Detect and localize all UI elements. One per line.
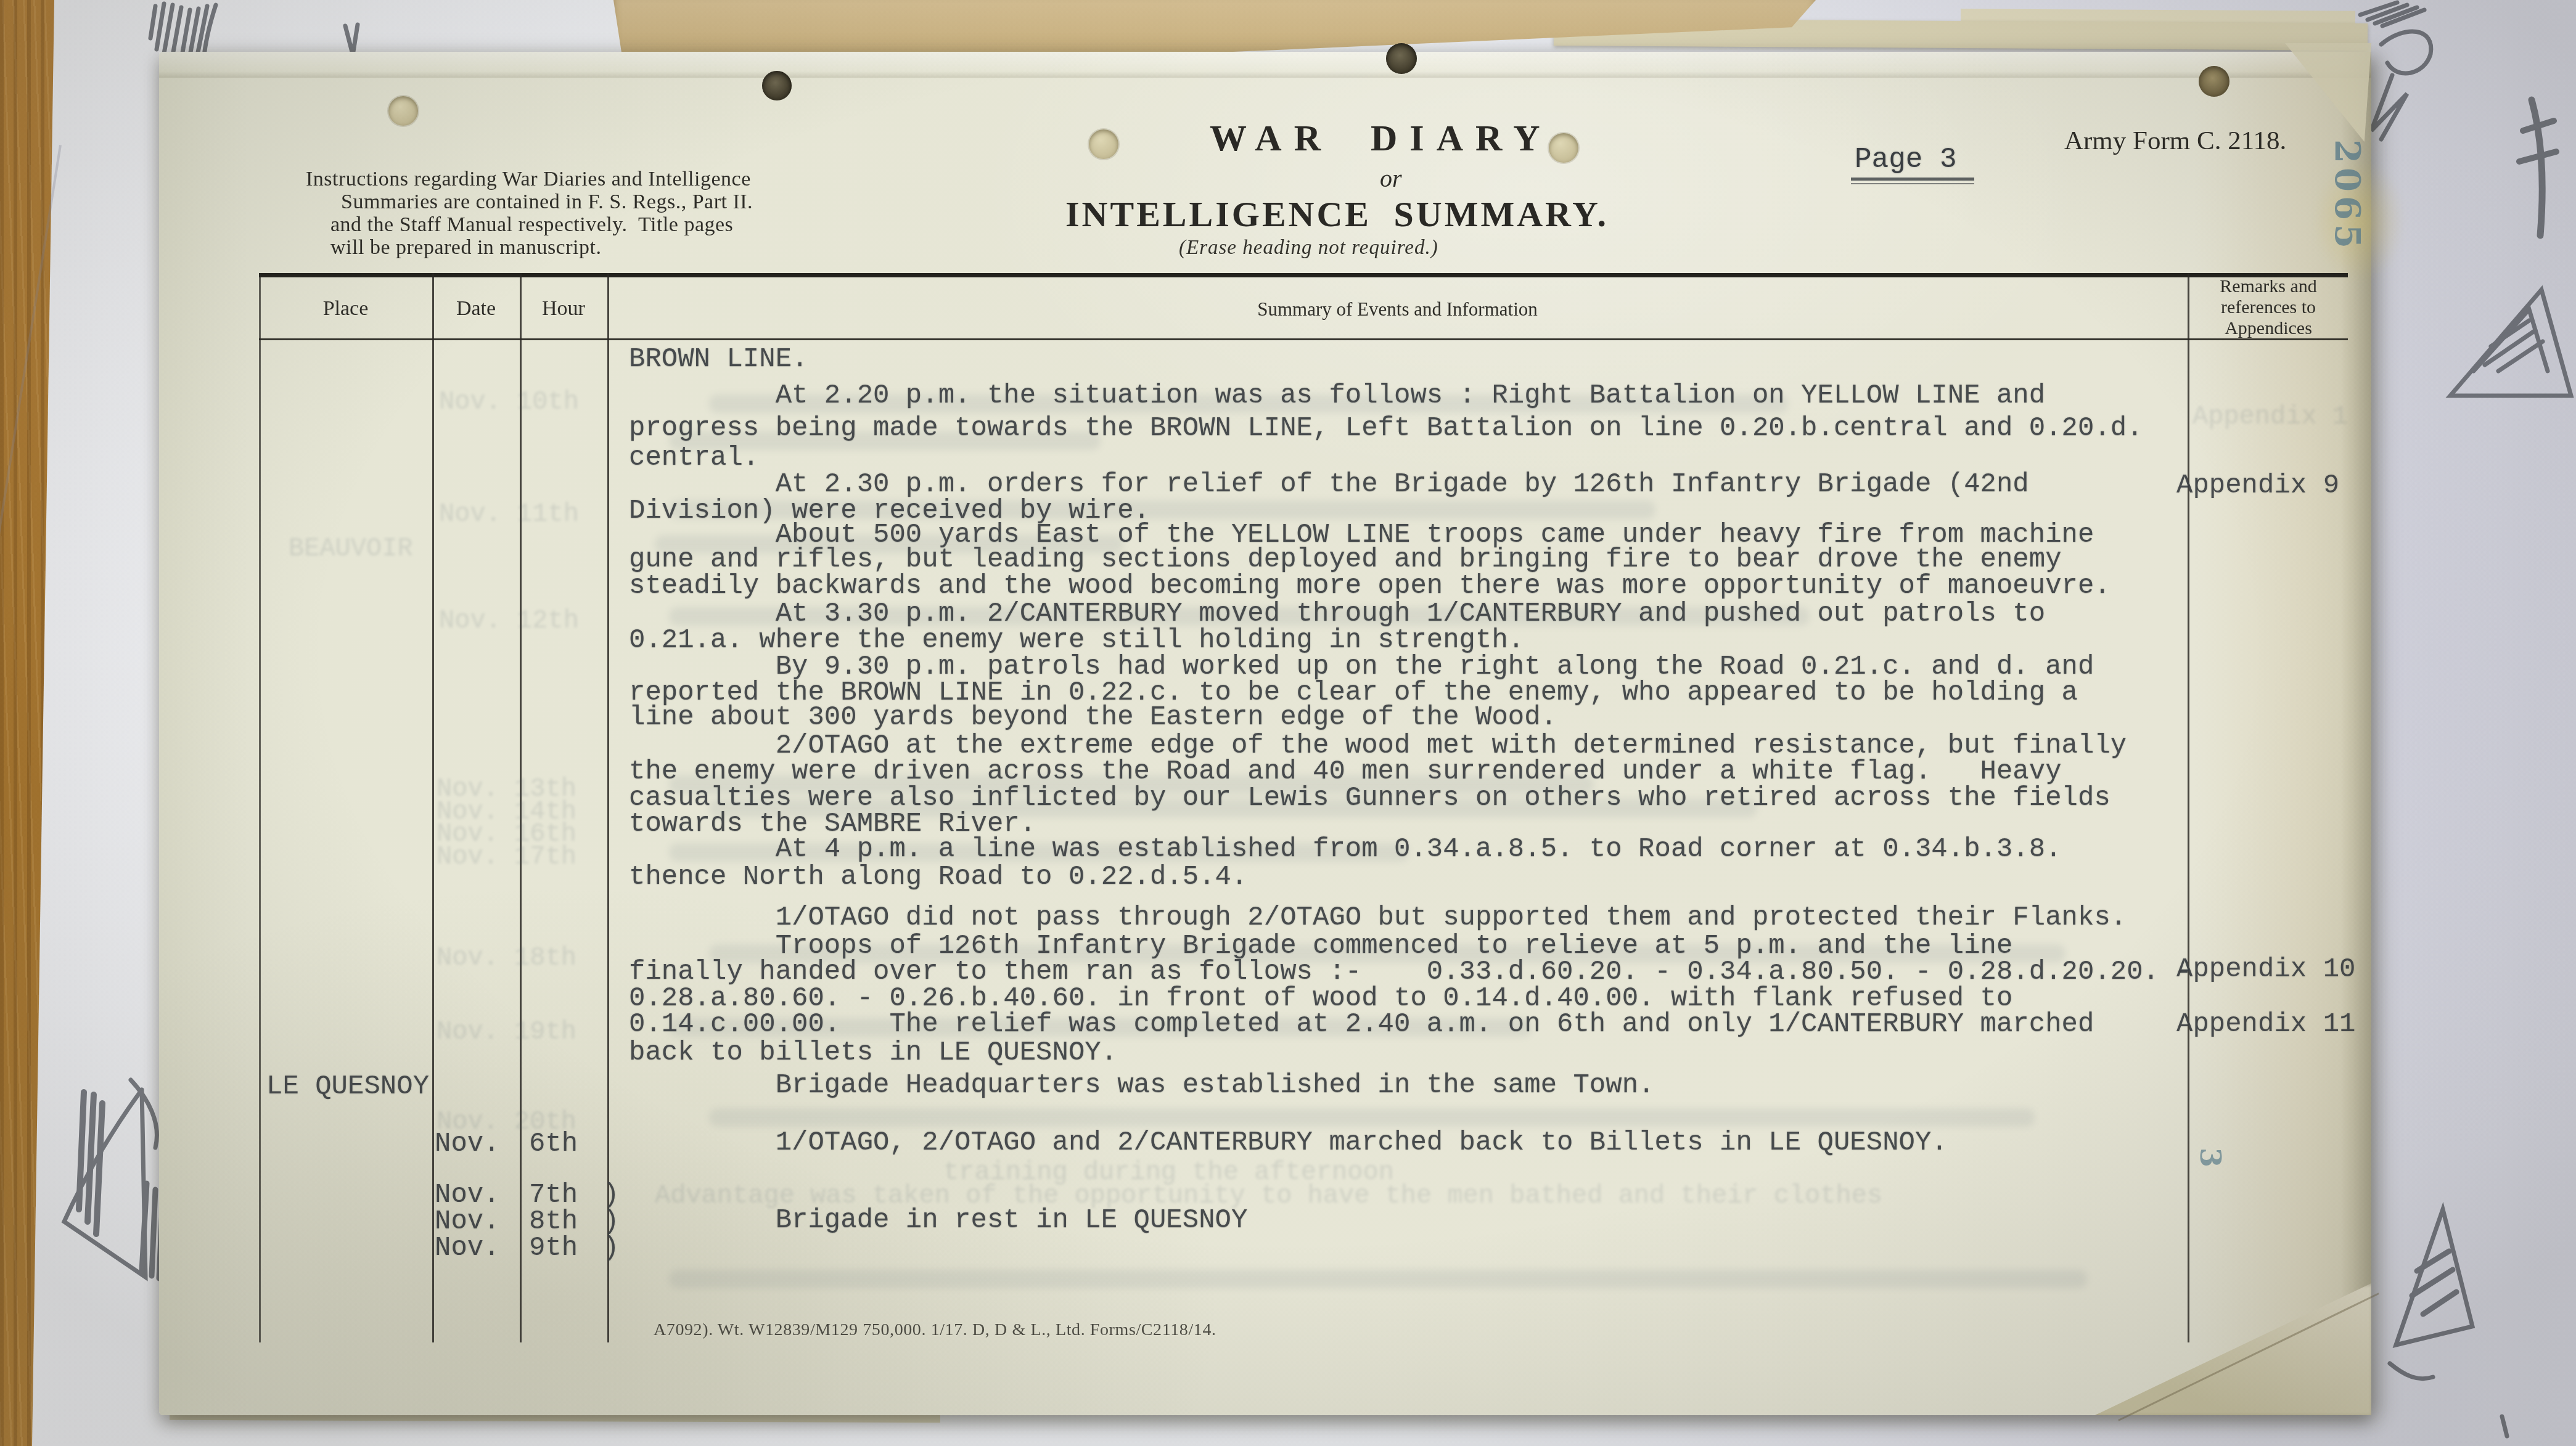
col-header-remarks-line: references to [2188,297,2349,318]
summary-line: At 2.20 p.m. the situation was as follow… [629,382,2045,410]
col-header-summary: Summary of Events and Information [607,298,2188,321]
punch-hole [762,71,792,100]
summary-line: At 3.30 p.m. 2/CANTERBURY moved through … [629,600,2045,628]
bleed-through-bar [669,1270,2087,1288]
scanned-war-diary-photo: Instructions regarding War Diaries and I… [0,0,2576,1446]
punch-hole [388,96,418,126]
bleed-through-text: BEAUVOIR [289,534,413,563]
bleed-through-text: Nov. 10th [439,387,579,417]
form-title-note: (Erase heading not required.) [1179,237,1438,259]
page-number: Page 3 [1855,144,1957,176]
summary-line: 0.21.a. where the enemy were still holdi… [629,626,1524,655]
bleed-through-text: Nov. 18th [437,943,576,973]
table-top-rule [259,273,2348,277]
place-entry: LE QUESNOY [266,1071,429,1102]
bleed-through-text: Nov. 17th [437,842,576,872]
appendix-reference: Appendix 9 [2176,470,2339,501]
bleed-through-text: Nov. 19th [437,1017,576,1047]
blue-stamp-number: 2065 [2327,139,2368,253]
instructions-line: will be prepared in manuscript. [330,236,601,259]
summary-line: Brigade Headquarters was established in … [629,1071,1654,1100]
hour-entry: 6th [529,1129,578,1159]
col-header-date: Date [432,297,520,321]
blue-stamp-small: 3 [2194,1148,2227,1167]
instructions-line: Instructions regarding War Diaries and I… [306,168,751,191]
date-bracket: ) [603,1233,619,1264]
army-form-number: Army Form C. 2118. [2064,126,2286,156]
punch-hole [2199,66,2229,97]
summary-line: 1/OTAGO did not pass through 2/OTAGO but… [629,904,2127,932]
instructions-line: Summaries are contained in F. S. Regs., … [341,190,753,214]
punch-hole [1089,129,1118,159]
bleed-through-text: Nov. 11th [439,499,579,529]
col-header-remarks: Remarks and references to Appendices [2188,276,2349,339]
punch-hole [1549,133,1578,163]
summary-line: central. [629,444,759,472]
bleed-through-bar [709,1108,2035,1127]
form-title-intelligence-summary: INTELLIGENCE SUMMARY. [1065,194,1609,235]
summary-line: 0.14.c.00.00. The relief was completed a… [629,1010,2094,1039]
paper-top-curl [159,52,2371,78]
summary-line: the enemy were driven across the Road an… [629,758,2062,786]
form-title-war-diary: WAR DIARY [1210,117,1553,160]
summary-line: back to billets in LE QUESNOY. [629,1039,1117,1067]
summary-line: At 2.30 p.m. orders for relief of the Br… [629,470,2029,499]
instructions-line: and the Staff Manual respectively. Title… [330,213,733,237]
summary-line: finally handed over to them ran as follo… [629,958,2192,986]
summary-line: Brigade in rest in LE QUESNOY [629,1206,1247,1235]
table-header-rule [259,338,2348,340]
summary-line: gune and rifles, but leading sections de… [629,545,2062,574]
date-entry: Nov. [435,1233,500,1264]
col-header-place: Place [259,297,432,321]
summary-line: BROWN LINE. [629,345,808,374]
summary-line: At 4 p.m. a line was established from 0.… [629,835,2062,864]
summary-line: 1/OTAGO, 2/OTAGO and 2/CANTERBURY marche… [629,1129,1948,1157]
bleed-through-text: Appendix 1 [2192,402,2348,431]
summary-line: steadily backwards and the wood becoming… [629,572,2110,600]
page-number-underline [1851,183,1974,184]
appendix-reference: Appendix 10 [2176,954,2355,985]
column-line-summary-remarks [2188,273,2189,1342]
col-header-remarks-line: Remarks and [2188,276,2349,297]
column-line-place-date [432,273,434,1342]
table-left-border [259,273,261,1342]
summary-line: line about 300 yards beyond the Eastern … [629,703,1557,732]
date-entry: Nov. [435,1129,500,1159]
form-title-or: or [1380,164,1402,193]
summary-line: progress being made towards the BROWN LI… [629,414,2143,443]
col-header-remarks-line: Appendices [2188,318,2349,339]
summary-line: thence North along Road to 0.22.d.5.4. [629,863,1247,891]
hour-entry: 9th [529,1233,578,1264]
col-header-hour: Hour [520,297,607,321]
appendix-reference: Appendix 11 [2176,1009,2355,1040]
printer-imprint: A7092). Wt. W12839/M129 750,000. 1/17. D… [654,1320,1216,1340]
punch-hole [1386,43,1417,74]
bleed-through-text: Nov. 12th [439,606,579,635]
page-number-underline [1851,178,1974,181]
